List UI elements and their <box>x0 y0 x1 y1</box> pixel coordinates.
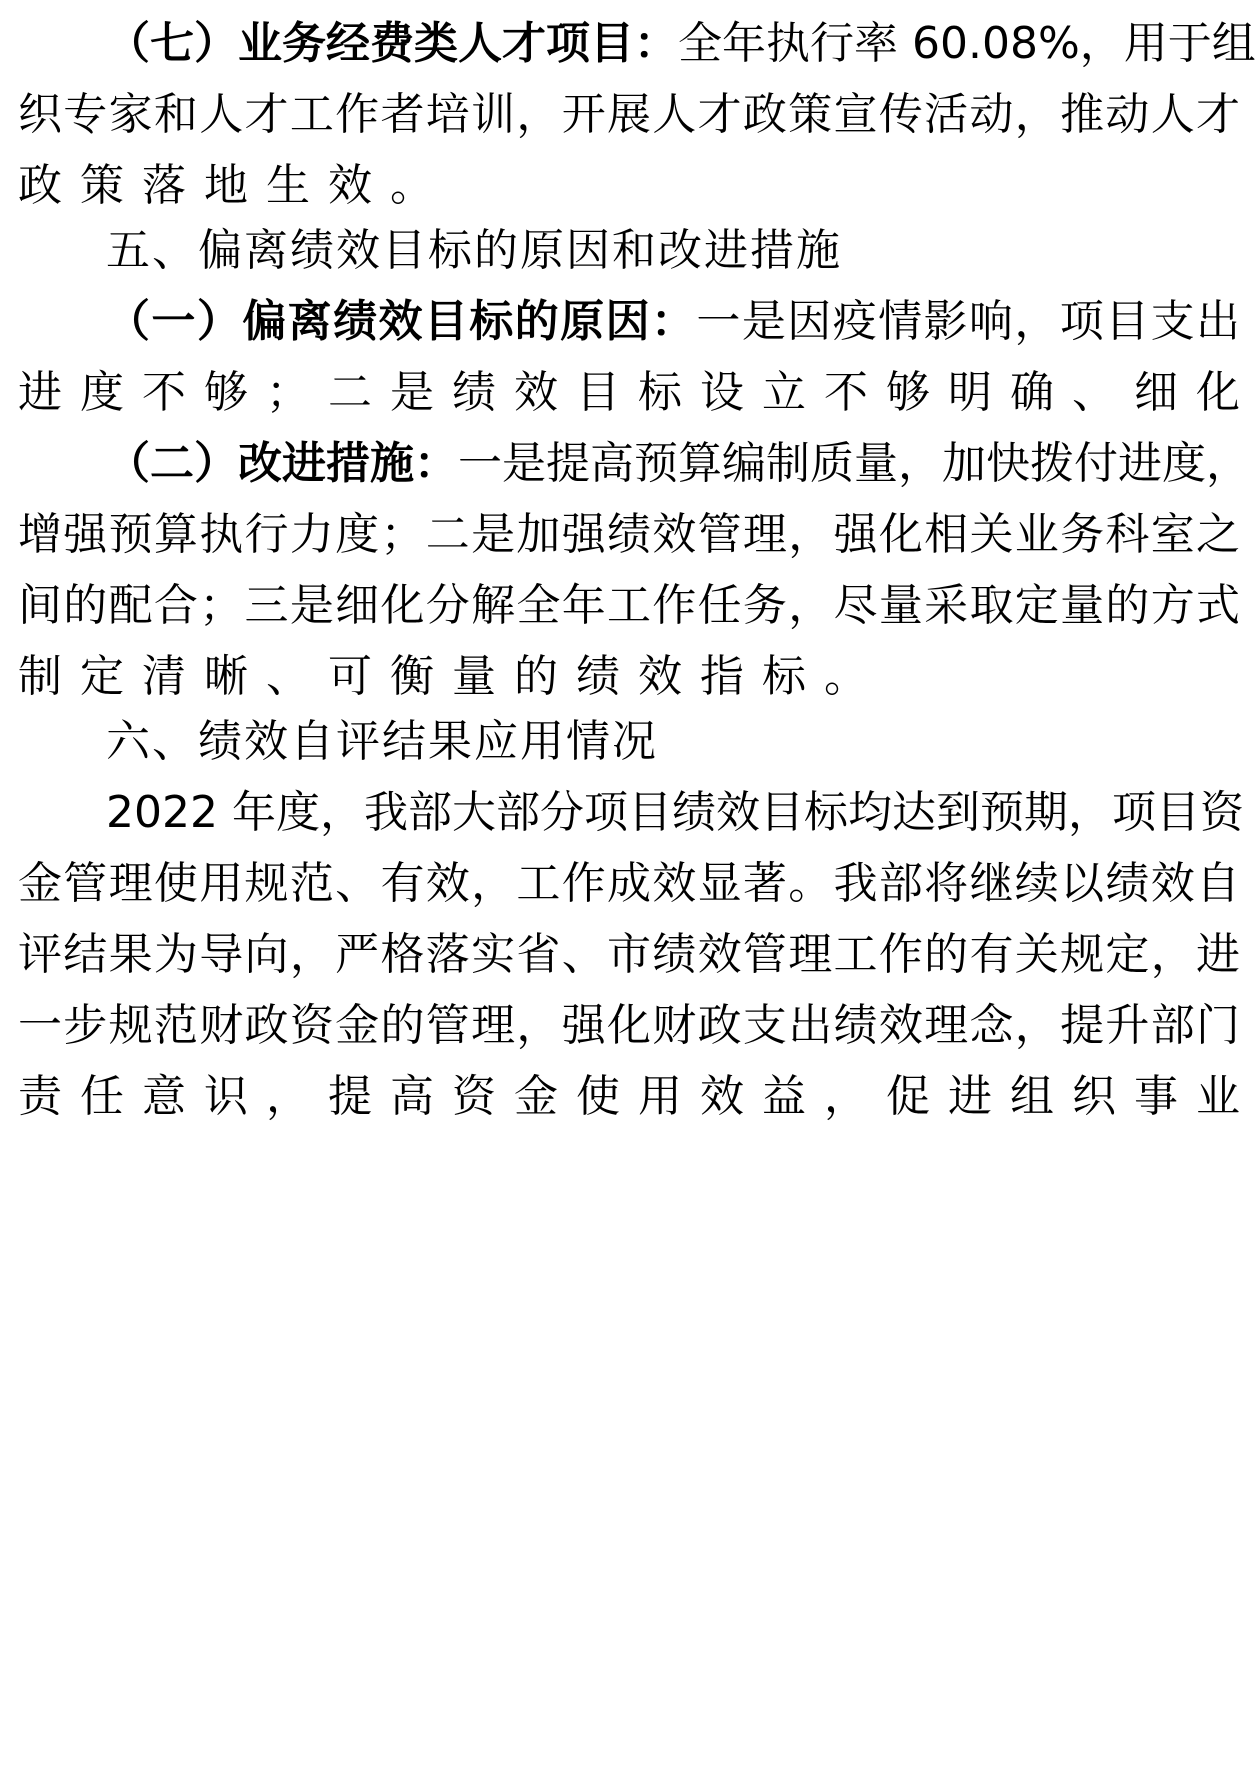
section-5-item-2-line-3: 间的配合；三是细化分解全年工作任务，尽量采取定量的方式 <box>18 570 1240 641</box>
section-7-item-line-3: 政策落地生效。 <box>18 150 452 221</box>
section-5-heading: 五、偏离绩效目标的原因和改进措施 <box>106 215 842 286</box>
section-6-heading: 六、绩效自评结果应用情况 <box>106 706 658 777</box>
section-5-item-2-line-2: 增强预算执行力度；二是加强绩效管理，强化相关业务科室之 <box>18 499 1240 570</box>
section-6-paragraph-line-2: 金管理使用规范、有效，工作成效显著。我部将继续以绩效自 <box>18 848 1240 919</box>
section-6-paragraph-line-4: 一步规范财政资金的管理，强化财政支出绩效理念，提升部门 <box>18 990 1240 1061</box>
section-6-paragraph-line-5: 责任意识，提高资金使用效益，促进组织事业的发展。 <box>18 1061 1256 1132</box>
section-5-item-1-line-1: （一）偏离绩效目标的原因：一是因疫情影响，项目支出 <box>106 286 1240 357</box>
section-7-item-line-1: （七）业务经费类人才项目：全年执行率 60.08%，用于组 <box>106 8 1240 79</box>
section-7-item-line-2: 织专家和人才工作者培训，开展人才政策宣传活动，推动人才 <box>18 79 1240 150</box>
section-5-item-1-line-2: 进度不够；二是绩效目标设立不够明确、细化和量化。 <box>18 357 1256 428</box>
section-6-paragraph-line-1: 2022 年度，我部大部分项目绩效目标均达到预期，项目资 <box>106 777 1240 848</box>
section-5-item-1-text: 一是因疫情影响，项目支出 <box>696 296 1240 347</box>
section-7-item-lead: （七）业务经费类人才项目： <box>106 18 678 69</box>
section-5-item-2-lead: （二）改进措施： <box>106 438 458 489</box>
section-5-item-2-line-1: （二）改进措施：一是提高预算编制质量，加快拨付进度， <box>106 428 1240 499</box>
section-7-item-text: 全年执行率 60.08%，用于组 <box>678 18 1256 69</box>
section-5-item-1-lead: （一）偏离绩效目标的原因： <box>106 296 696 347</box>
section-5-item-2-line-4: 制定清晰、可衡量的绩效指标。 <box>18 641 886 712</box>
section-5-item-2-text: 一是提高预算编制质量，加快拨付进度， <box>458 438 1250 489</box>
section-6-paragraph-line-3: 评结果为导向，严格落实省、市绩效管理工作的有关规定，进 <box>18 919 1240 990</box>
